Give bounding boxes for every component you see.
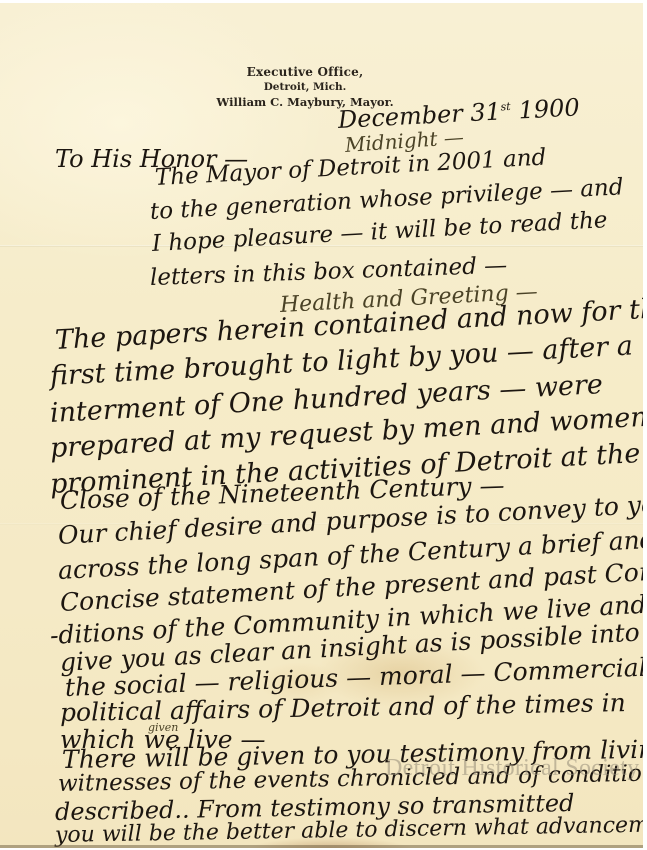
letterhead-office: Executive Office, bbox=[230, 65, 380, 80]
date-suffix: st bbox=[500, 100, 511, 114]
date-year: 1900 bbox=[518, 93, 580, 124]
insertion-note: given bbox=[148, 721, 178, 734]
letterhead: Executive Office, Detroit, Mich. William… bbox=[230, 65, 380, 110]
letterhead-city: Detroit, Mich. bbox=[230, 80, 380, 95]
paper-bottom-edge bbox=[0, 845, 643, 848]
letter-page: Executive Office, Detroit, Mich. William… bbox=[0, 3, 643, 848]
watermark: Detroit Historical Society bbox=[385, 755, 639, 782]
